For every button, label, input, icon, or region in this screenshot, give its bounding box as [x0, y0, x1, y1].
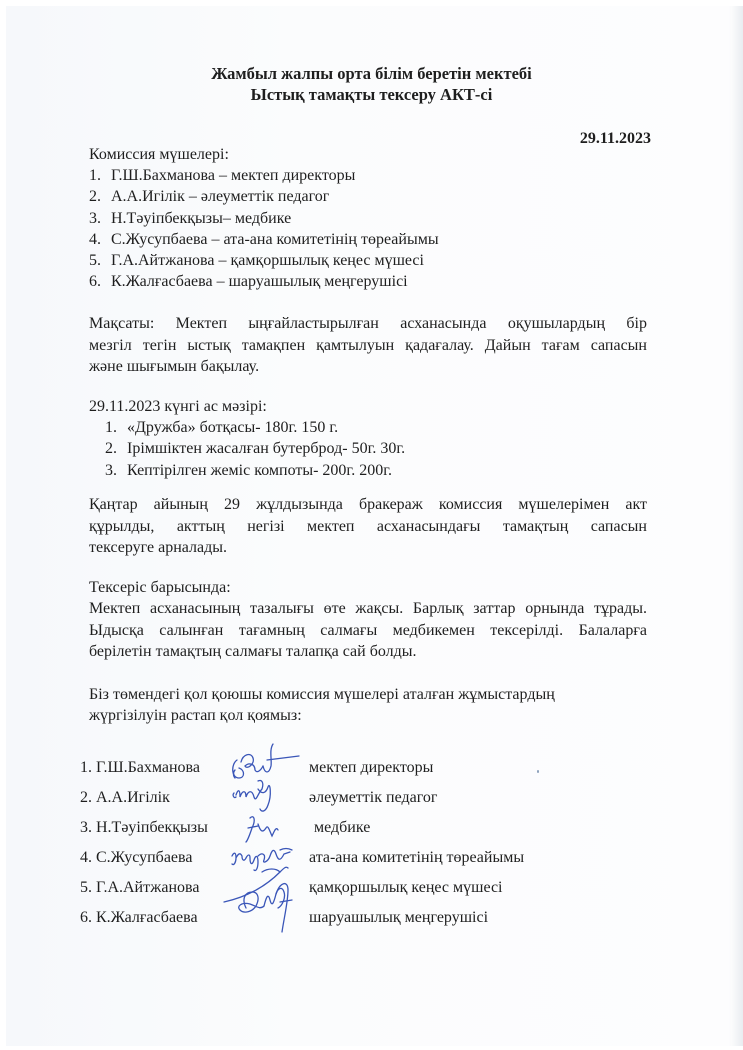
signer-name: 3. Н.Тәуіпбекқызы: [80, 819, 208, 837]
signer-role: мектеп директоры: [309, 759, 433, 777]
signer-role: ата-ана комитетінің төреайымы: [309, 849, 524, 867]
page-edge-shadow: [729, 6, 743, 1046]
commission-member: 2.А.А.Игілік – әлеуметтік педагог: [89, 186, 439, 207]
signature-scribble-5-6: [222, 862, 312, 937]
act-date: 29.11.2023: [580, 130, 651, 148]
menu-item: 1.«Дружба» ботқасы- 180г. 150 г.: [105, 417, 405, 438]
menu-item: 3.Кептірілген жеміс компоты- 200г. 200г.: [105, 460, 405, 481]
school-name-title: Жамбыл жалпы орта білім беретін мектебі: [0, 64, 743, 84]
menu-item: 2.Ірімшіктен жасалған бутерброд- 50г. 30…: [105, 438, 405, 459]
act-title: Ыстық тамақты тексеру АКТ-сі: [0, 85, 743, 105]
signer-name: 2. А.А.Игілік: [80, 789, 170, 807]
signature-scribble-2: [228, 775, 288, 815]
ink-speck: [537, 770, 539, 773]
closing-paragraph: Біз төмендегі қол қоюшы комиссия мүшелер…: [89, 684, 555, 726]
commission-member: 4.С.Жусупбаева – ата-ана комитетінің төр…: [89, 229, 439, 250]
signer-role: шаруашылық меңгерушісі: [309, 909, 488, 927]
signature-scribble-3: [240, 810, 290, 845]
commission-member: 6.К.Жалғасбаева – шаруашылық меңгерушісі: [89, 271, 439, 292]
inspection-heading: Тексеріс барысында:: [89, 577, 231, 598]
signer-name: 6. К.Жалғасбаева: [80, 909, 198, 927]
signer-name: 5. Г.А.Айтжанова: [80, 879, 199, 897]
commission-heading: Комиссия мүшелері:: [89, 144, 229, 165]
signer-name: 1. Г.Ш.Бахманова: [80, 759, 200, 777]
act-paragraph: Қаңтар айының 29 жұлдызында бракераж ком…: [89, 494, 647, 559]
commission-member: 1.Г.Ш.Бахманова – мектеп директоры: [89, 165, 439, 186]
menu-list: 1.«Дружба» ботқасы- 180г. 150 г. 2.Ірімш…: [105, 417, 405, 481]
signer-role: медбике: [314, 819, 370, 837]
signer-role: әлеуметтік педагог: [309, 789, 437, 807]
commission-member: 5.Г.А.Айтжанова – қамқоршылық кеңес мүше…: [89, 250, 439, 271]
commission-members-list: 1.Г.Ш.Бахманова – мектеп директоры 2.А.А…: [89, 165, 439, 293]
signer-name: 4. С.Жусупбаева: [80, 849, 192, 867]
commission-member: 3.Н.Тәуіпбекқызы– медбике: [89, 208, 439, 229]
inspection-paragraph: Мектеп асханасының тазалығы өте жақсы. Б…: [89, 598, 647, 663]
menu-heading: 29.11.2023 күнгі ас мәзірі:: [89, 396, 267, 417]
purpose-paragraph: Мақсаты: Мектеп ыңғайластырылған асханас…: [89, 313, 647, 378]
signer-role: қамқоршылық кеңес мүшесі: [309, 879, 502, 897]
